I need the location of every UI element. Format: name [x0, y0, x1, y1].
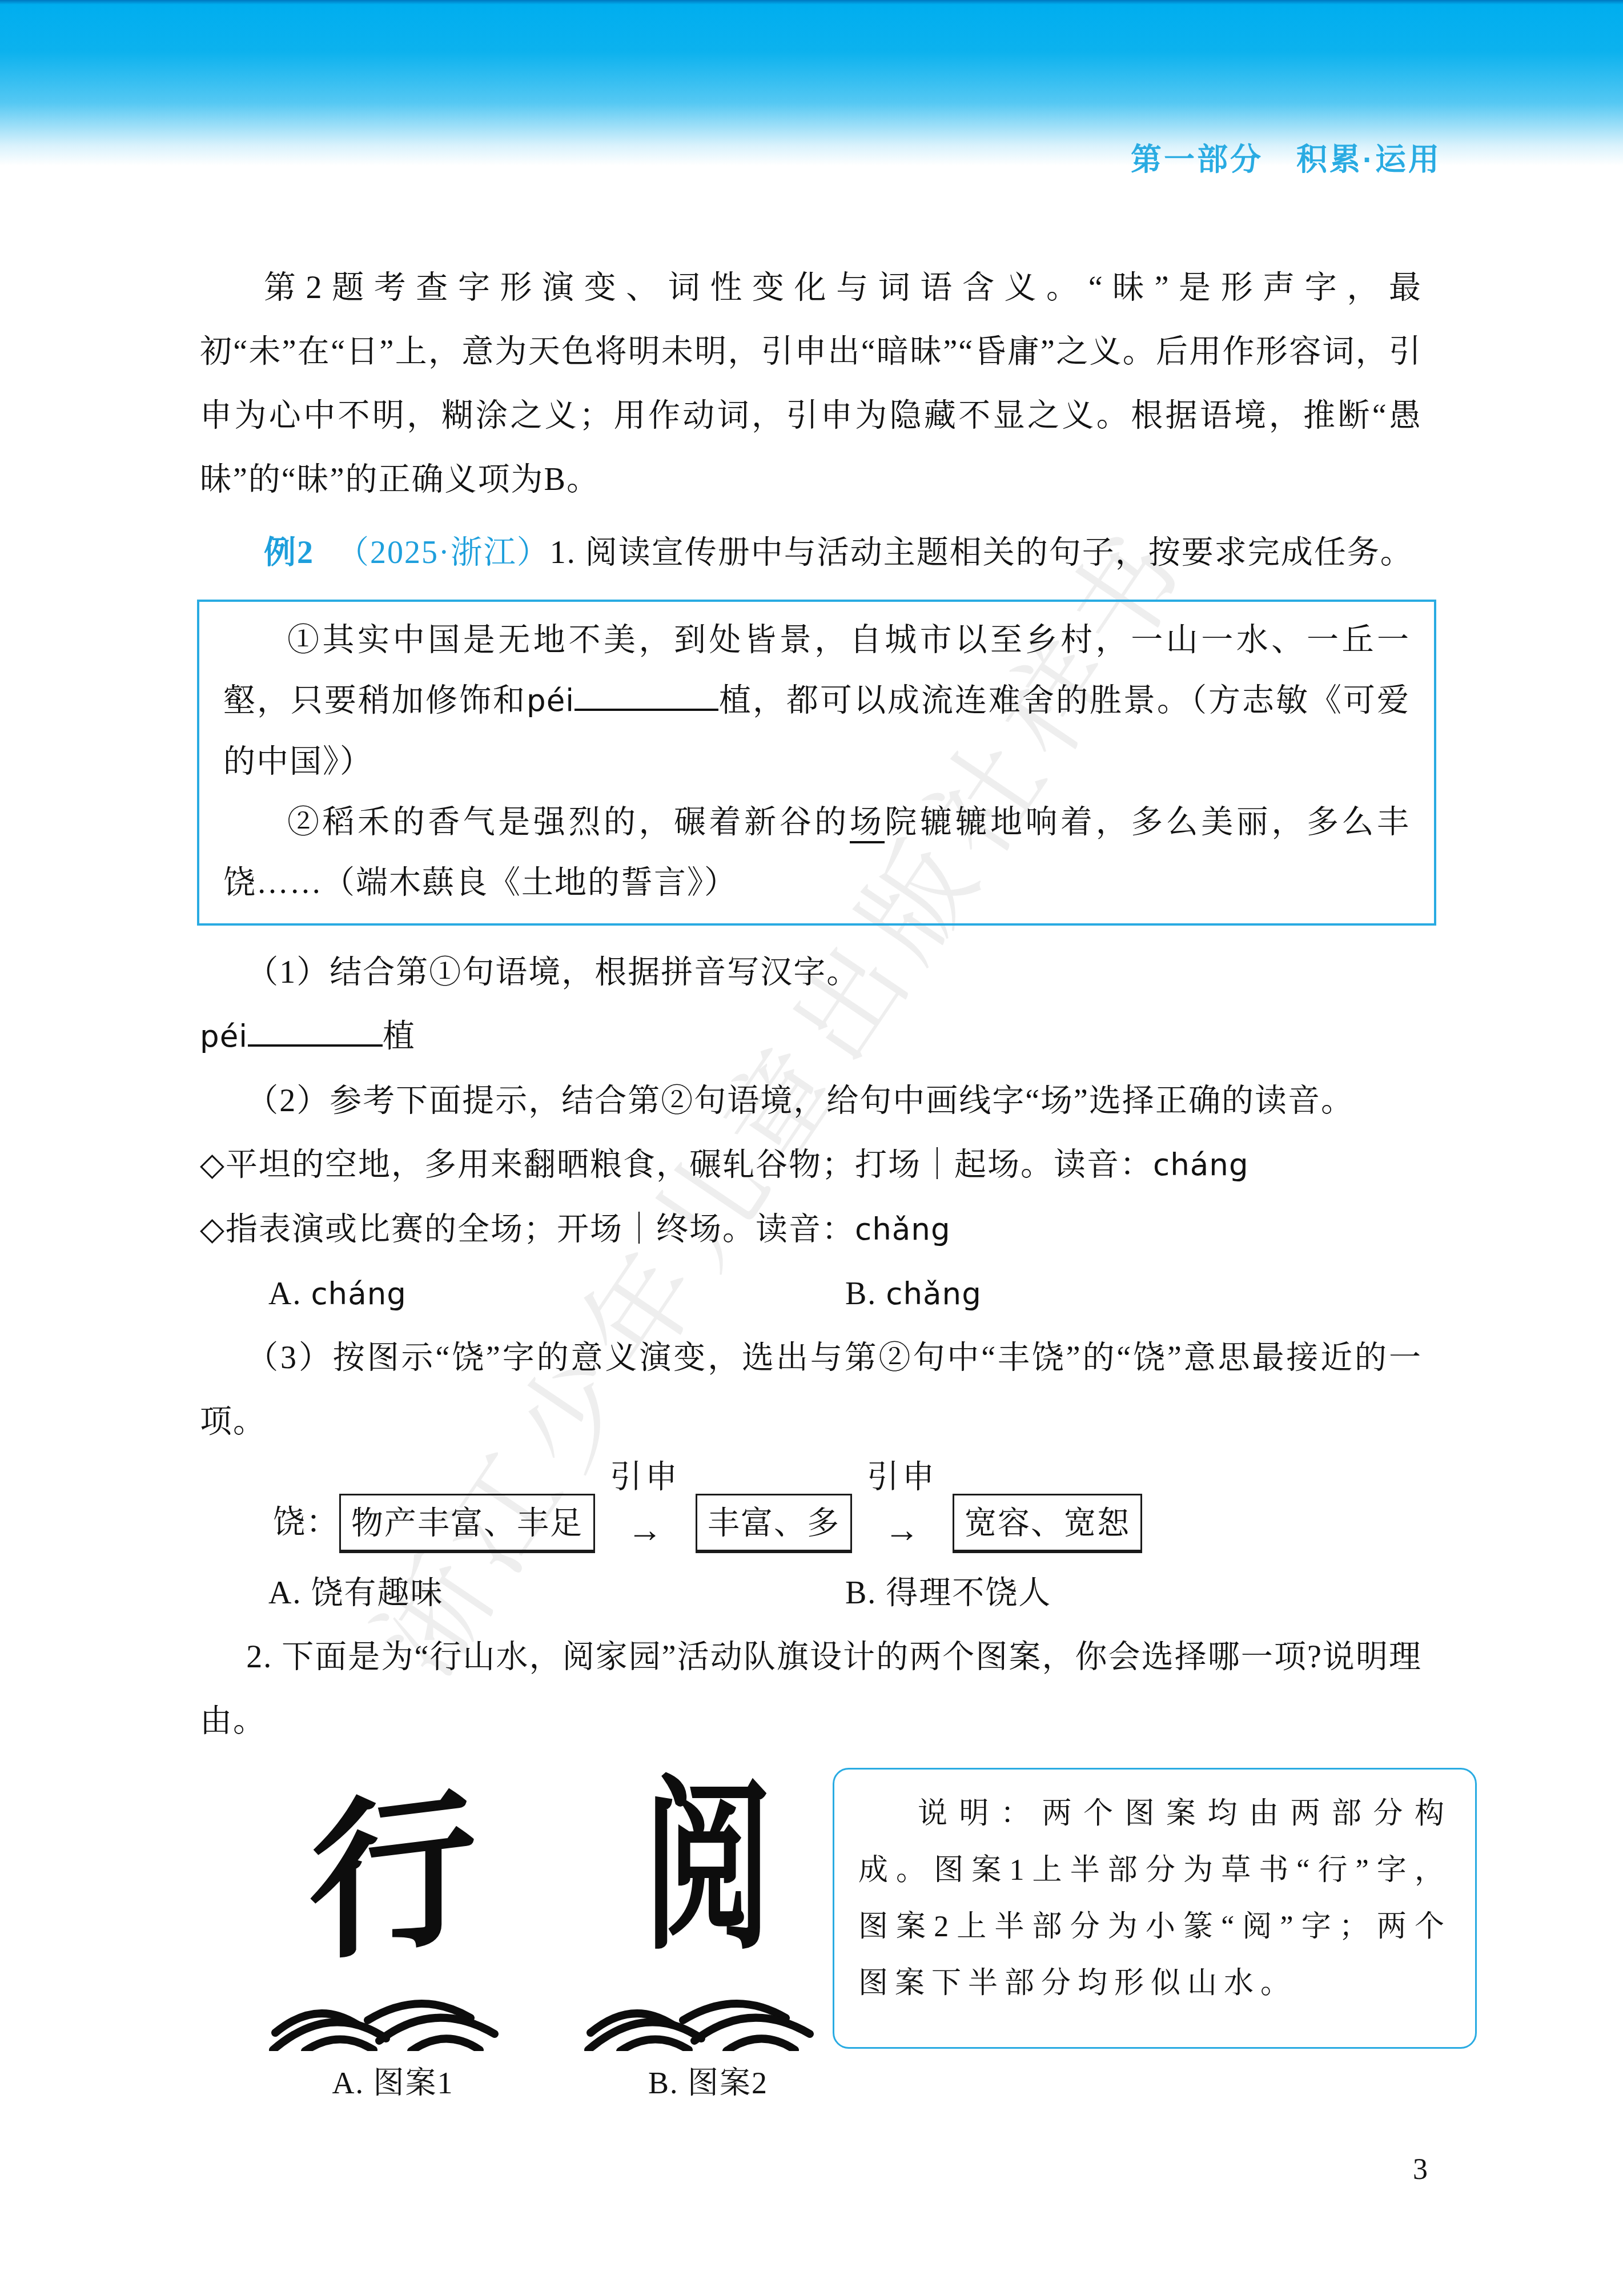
q1-answer-line: péi植 — [200, 1004, 1422, 1069]
diagram-arrow-group-2: 引申 → — [867, 1457, 938, 1553]
diagram-arrow-label-1: 引申 — [610, 1457, 681, 1497]
example-question: 1. 阅读宣传册中与活动主题相关的句子，按要求完成任务。 — [550, 535, 1413, 570]
right-arrow-icon: → — [627, 1512, 664, 1553]
explanation-note-text: 说明：两个图案均由两部分构成。图案1上半部分为草书“行”字，图案2上半部分为小篆… — [858, 1786, 1451, 2012]
q2-option-b: B. chǎng — [845, 1262, 982, 1326]
quote-sentence-1: ①其实中国是无地不美，到处皆景，自城市以至乡村，一山一水、一丘一壑，只要稍加修饰… — [223, 610, 1410, 792]
mountain-water-strokes-icon — [582, 1965, 834, 2051]
design-1-glyph-box: 行 — [308, 1774, 478, 1962]
q1-answer-suffix: 植 — [383, 1019, 416, 1054]
q2-hint-1: ◇平坦的空地，多用来翻晒粮食，碾轧谷物；打场｜起场。读音：cháng — [200, 1133, 1422, 1197]
design-1-figure: 行 A. 图案1 — [262, 1774, 524, 2100]
diagram-arrow-label-2: 引申 — [867, 1457, 938, 1497]
example-source: （2025·浙江） — [337, 535, 550, 570]
design-1-label: A. 图案1 — [332, 2066, 454, 2100]
design-2-figure: 阅 B. 图案2 — [577, 1774, 839, 2100]
mountain-water-strokes-icon — [267, 1965, 519, 2051]
q2-hint-1-pinyin: cháng — [1153, 1148, 1248, 1183]
q2-hint-2-text: ◇指表演或比赛的全场；开场｜终场。读音： — [200, 1212, 855, 1247]
q2-option-a: A. cháng — [268, 1262, 407, 1326]
q2-option-a-letter: A. — [268, 1276, 302, 1312]
meaning-evolution-diagram: 饶： 物产丰富、丰足 引申 → 丰富、多 引申 → 宽容、宽恕 — [273, 1457, 1422, 1553]
q1-prompt: （1）结合第①句语境，根据拼音写汉字。 — [200, 940, 1422, 1004]
q2-hint-2-pinyin: chǎng — [855, 1212, 950, 1247]
quote-1-pinyin: péi — [527, 683, 575, 718]
page-content: 第2题考查字形演变、词性变化与词语含义。“昧”是形声字，最初“未”在“日”上，意… — [200, 0, 1422, 2082]
q3-options: A. 饶有趣味 B. 得理不饶人 — [200, 1561, 1422, 1625]
seal-yue-glyph: 阅 — [644, 1776, 773, 1962]
q1-answer-pinyin: péi — [200, 1019, 248, 1054]
q2-option-b-value: chǎng — [886, 1277, 981, 1312]
quote-2-text-before: ②稻禾的香气是强烈的，碾着新谷的 — [287, 805, 850, 840]
diagram-stage-3: 宽容、宽恕 — [953, 1494, 1142, 1553]
workbook-page: 第一部分 积累·运用 浙江少年儿童出版社样书 第2题考查字形演变、词性变化与词语… — [0, 0, 1623, 2296]
q3-prompt: （3）按图示“饶”字的意义演变，选出与第②句中“丰饶”的“饶”意思最接近的一项。 — [200, 1326, 1422, 1454]
page-number: 3 — [1413, 2153, 1428, 2186]
q2-option-b-letter: B. — [845, 1276, 877, 1312]
q2-options: A. cháng B. chǎng — [200, 1262, 1422, 1326]
q2-prompt: （2）参考下面提示，结合第②句语境，给句中画线字“场”选择正确的读音。 — [200, 1069, 1422, 1133]
right-arrow-icon: → — [884, 1512, 921, 1553]
design-2-glyph-box: 阅 — [644, 1774, 773, 1962]
diagram-stage-1: 物产丰富、丰足 — [339, 1494, 595, 1553]
quote-box: ①其实中国是无地不美，到处皆景，自城市以至乡村，一山一水、一丘一壑，只要稍加修饰… — [197, 600, 1436, 926]
q2-hint-1-text: ◇平坦的空地，多用来翻晒粮食，碾轧谷物；打场｜起场。读音： — [200, 1147, 1153, 1183]
example-heading: 例2（2025·浙江）1. 阅读宣传册中与活动主题相关的句子，按要求完成任务。 — [200, 521, 1422, 585]
design-row: 行 A. 图案1 阅 — [200, 1774, 1422, 2082]
cursive-xing-glyph: 行 — [309, 1783, 477, 1973]
explanation-note-box: 说明：两个图案均由两部分构成。图案1上半部分为草书“行”字，图案2上半部分为小篆… — [833, 1768, 1477, 2049]
q2-option-a-value: cháng — [311, 1277, 406, 1312]
q3-option-b: B. 得理不饶人 — [845, 1561, 1051, 1625]
diagram-arrow-group-1: 引申 → — [610, 1457, 681, 1553]
design-2-label: B. 图案2 — [648, 2066, 768, 2100]
q2-hint-2: ◇指表演或比赛的全场；开场｜终场。读音：chǎng — [200, 1197, 1422, 1262]
analysis-paragraph: 第2题考查字形演变、词性变化与词语含义。“昧”是形声字，最初“未”在“日”上，意… — [200, 256, 1422, 512]
q3-option-a: A. 饶有趣味 — [268, 1561, 443, 1625]
quote-sentence-2: ②稻禾的香气是强烈的，碾着新谷的场院辘辘地响着，多么美丽，多么丰饶……（端木蕻良… — [223, 792, 1410, 913]
underlined-char: 场 — [850, 805, 885, 843]
task2-prompt: 2. 下面是为“行山水，阅家园”活动队旗设计的两个图案，你会选择哪一项?说明理由… — [200, 1625, 1422, 1753]
diagram-stage-2: 丰富、多 — [696, 1494, 852, 1553]
example-tag: 例2 — [264, 535, 314, 570]
fill-blank-line — [575, 682, 718, 711]
q1-answer-blank — [248, 1018, 383, 1047]
diagram-lead-char: 饶： — [273, 1494, 339, 1553]
